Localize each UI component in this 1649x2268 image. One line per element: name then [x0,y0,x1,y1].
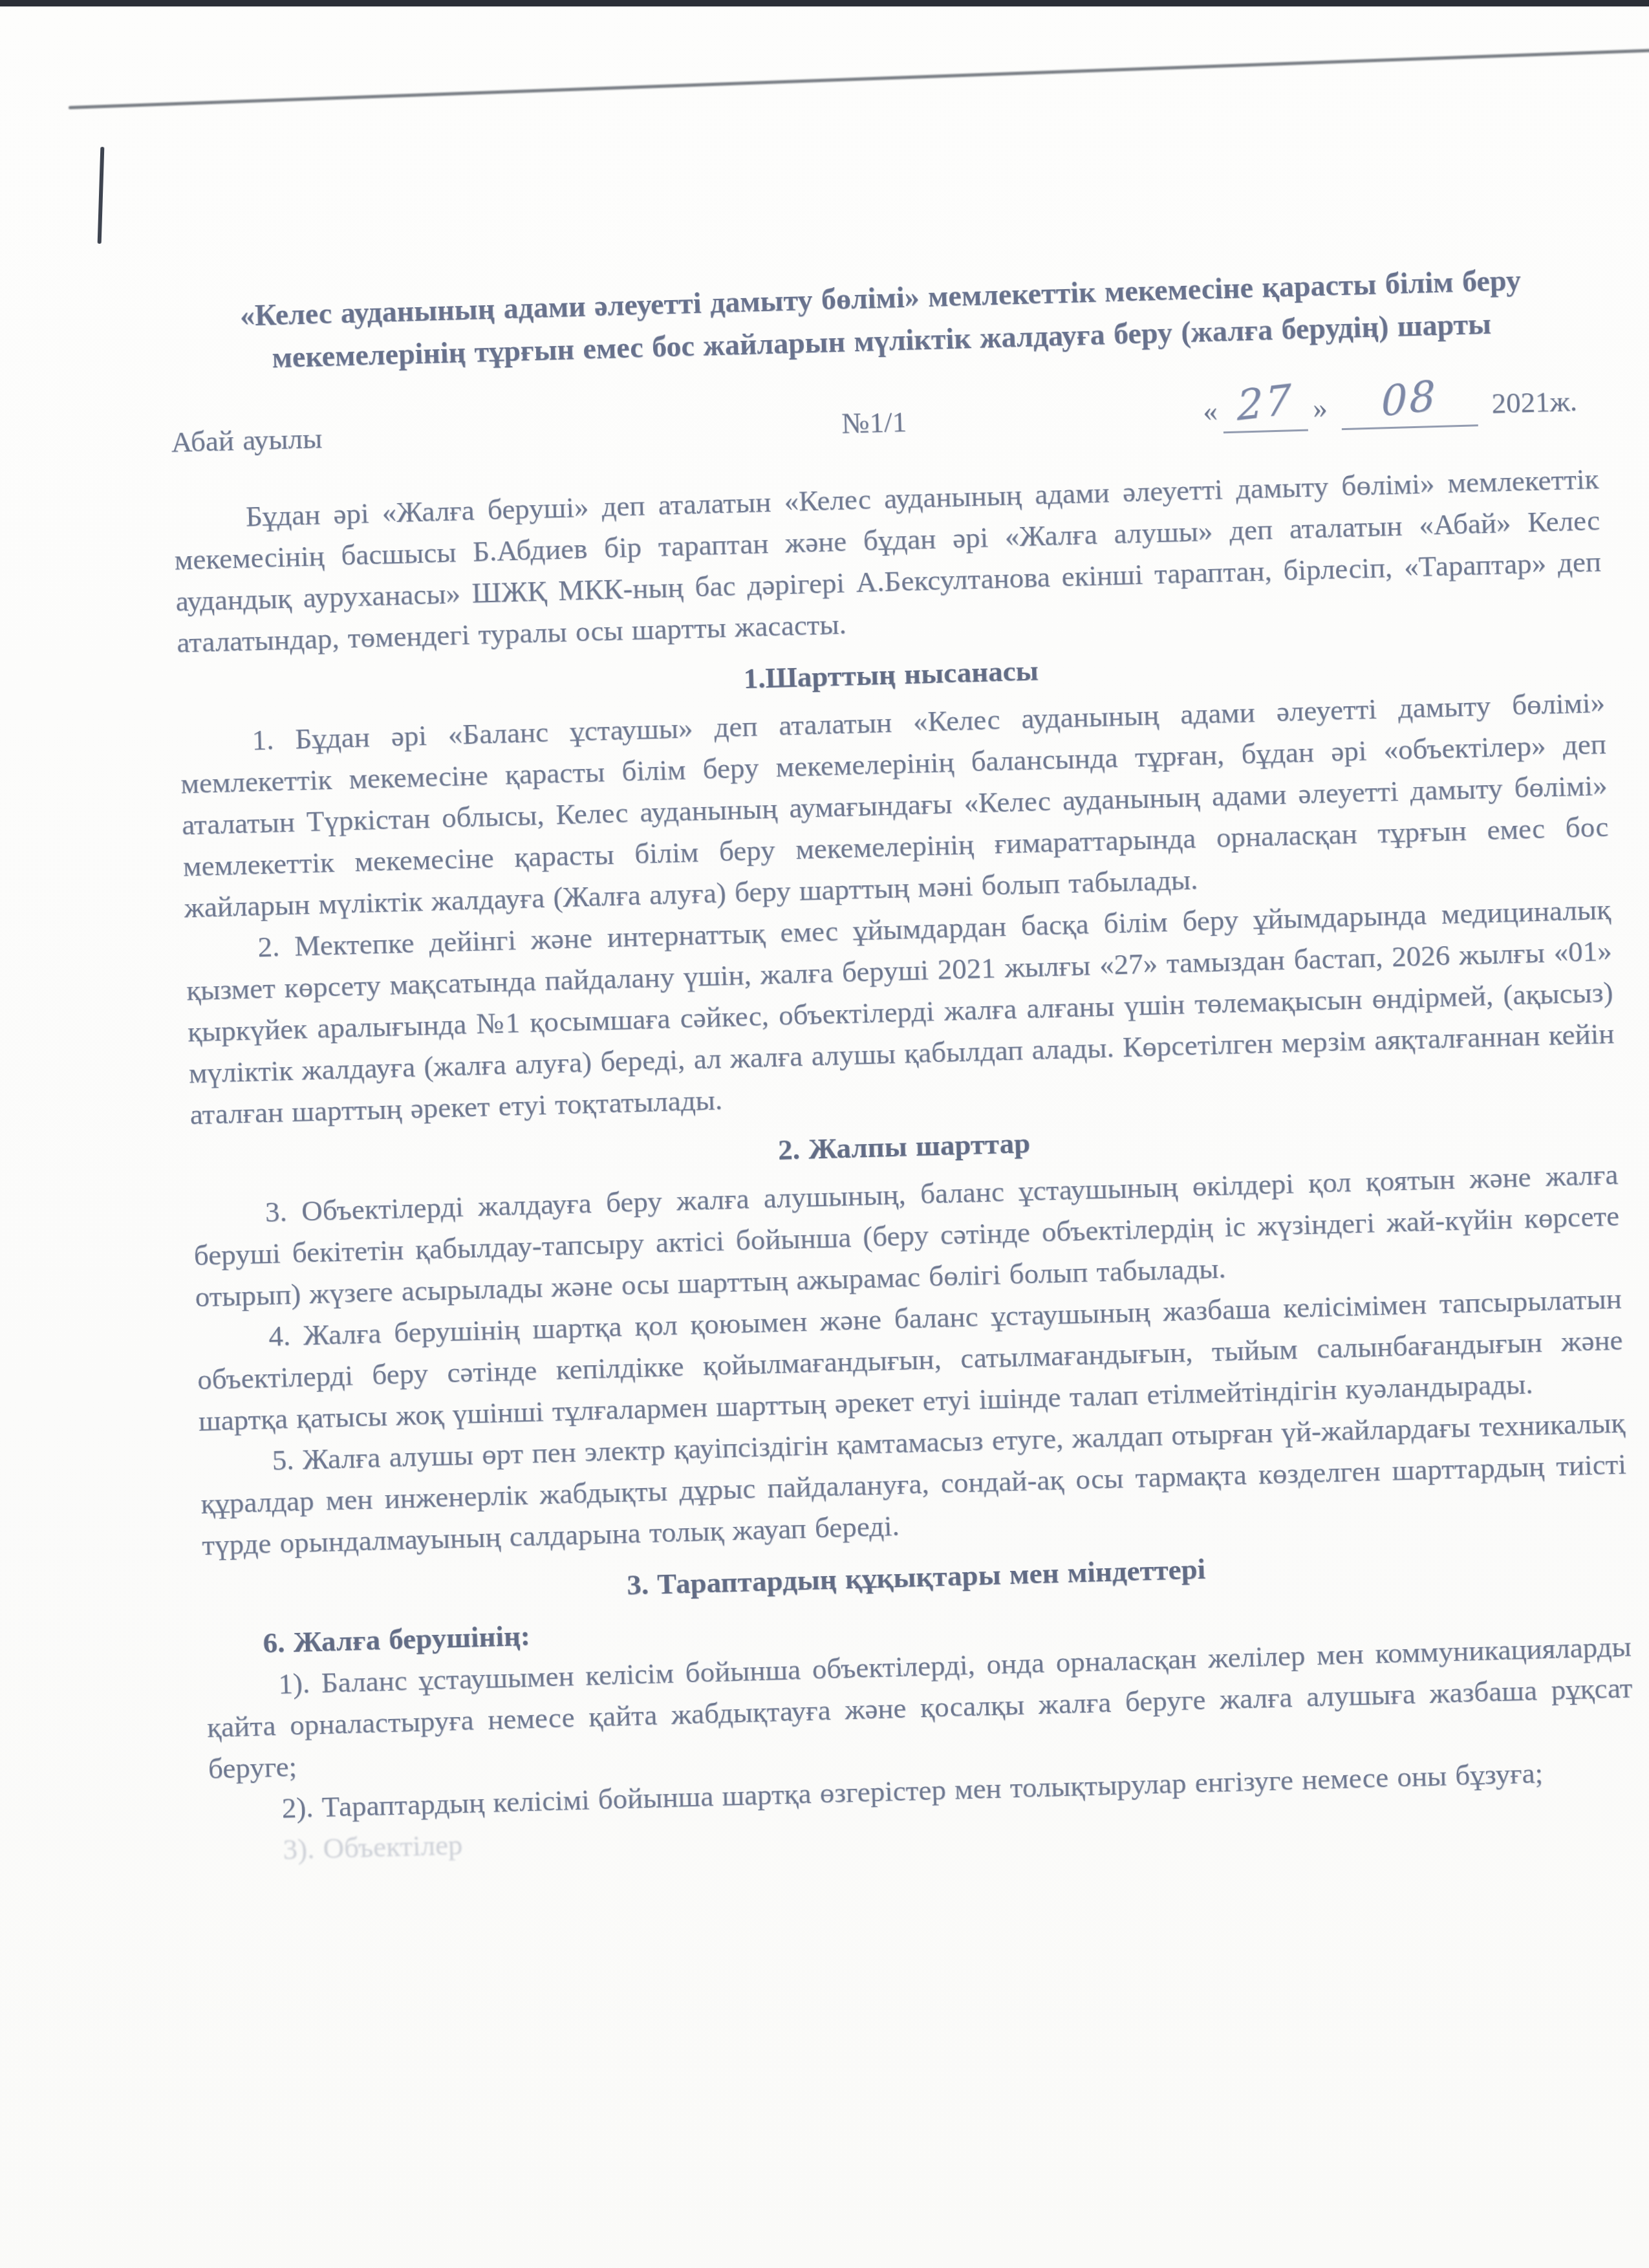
pen-stroke-mark [98,147,105,244]
date-line: «27» 08 2021ж. [1108,376,1597,437]
contract-number: №1/1 [640,395,1110,449]
year-label: 2021ж. [1491,385,1578,420]
day-underline: 27 [1222,384,1308,434]
location-label: Абай ауылы [171,408,641,462]
handwritten-month: 08 [1381,375,1438,423]
clause-2: 2. Мектепке дейінгі және интернаттық еме… [185,889,1616,1135]
clause-1: 1. Бұдан әрі «Баланс ұстаушы» деп аталат… [179,682,1610,928]
contract-body: Бұдан әрі «Жалға беруші» деп аталатын «К… [173,458,1637,1872]
handwritten-day: 27 [1236,379,1293,427]
close-quote: » [1312,392,1328,425]
contract-title: «Келес ауданының адами әлеуетті дамыту б… [193,257,1569,381]
month-underline: 08 [1341,379,1478,430]
contract-document: «Келес ауданының адами әлеуетті дамыту б… [167,257,1636,1872]
open-quote: « [1203,395,1218,428]
paper-edge-line [69,49,1649,109]
scanned-contract-page: «Келес ауданының адами әлеуетті дамыту б… [0,0,1649,2268]
meta-row: Абай ауылы №1/1 «27» 08 2021ж. [171,376,1597,463]
intro-paragraph: Бұдан әрі «Жалға беруші» деп аталатын «К… [173,458,1602,663]
scanner-top-edge [0,0,1649,6]
